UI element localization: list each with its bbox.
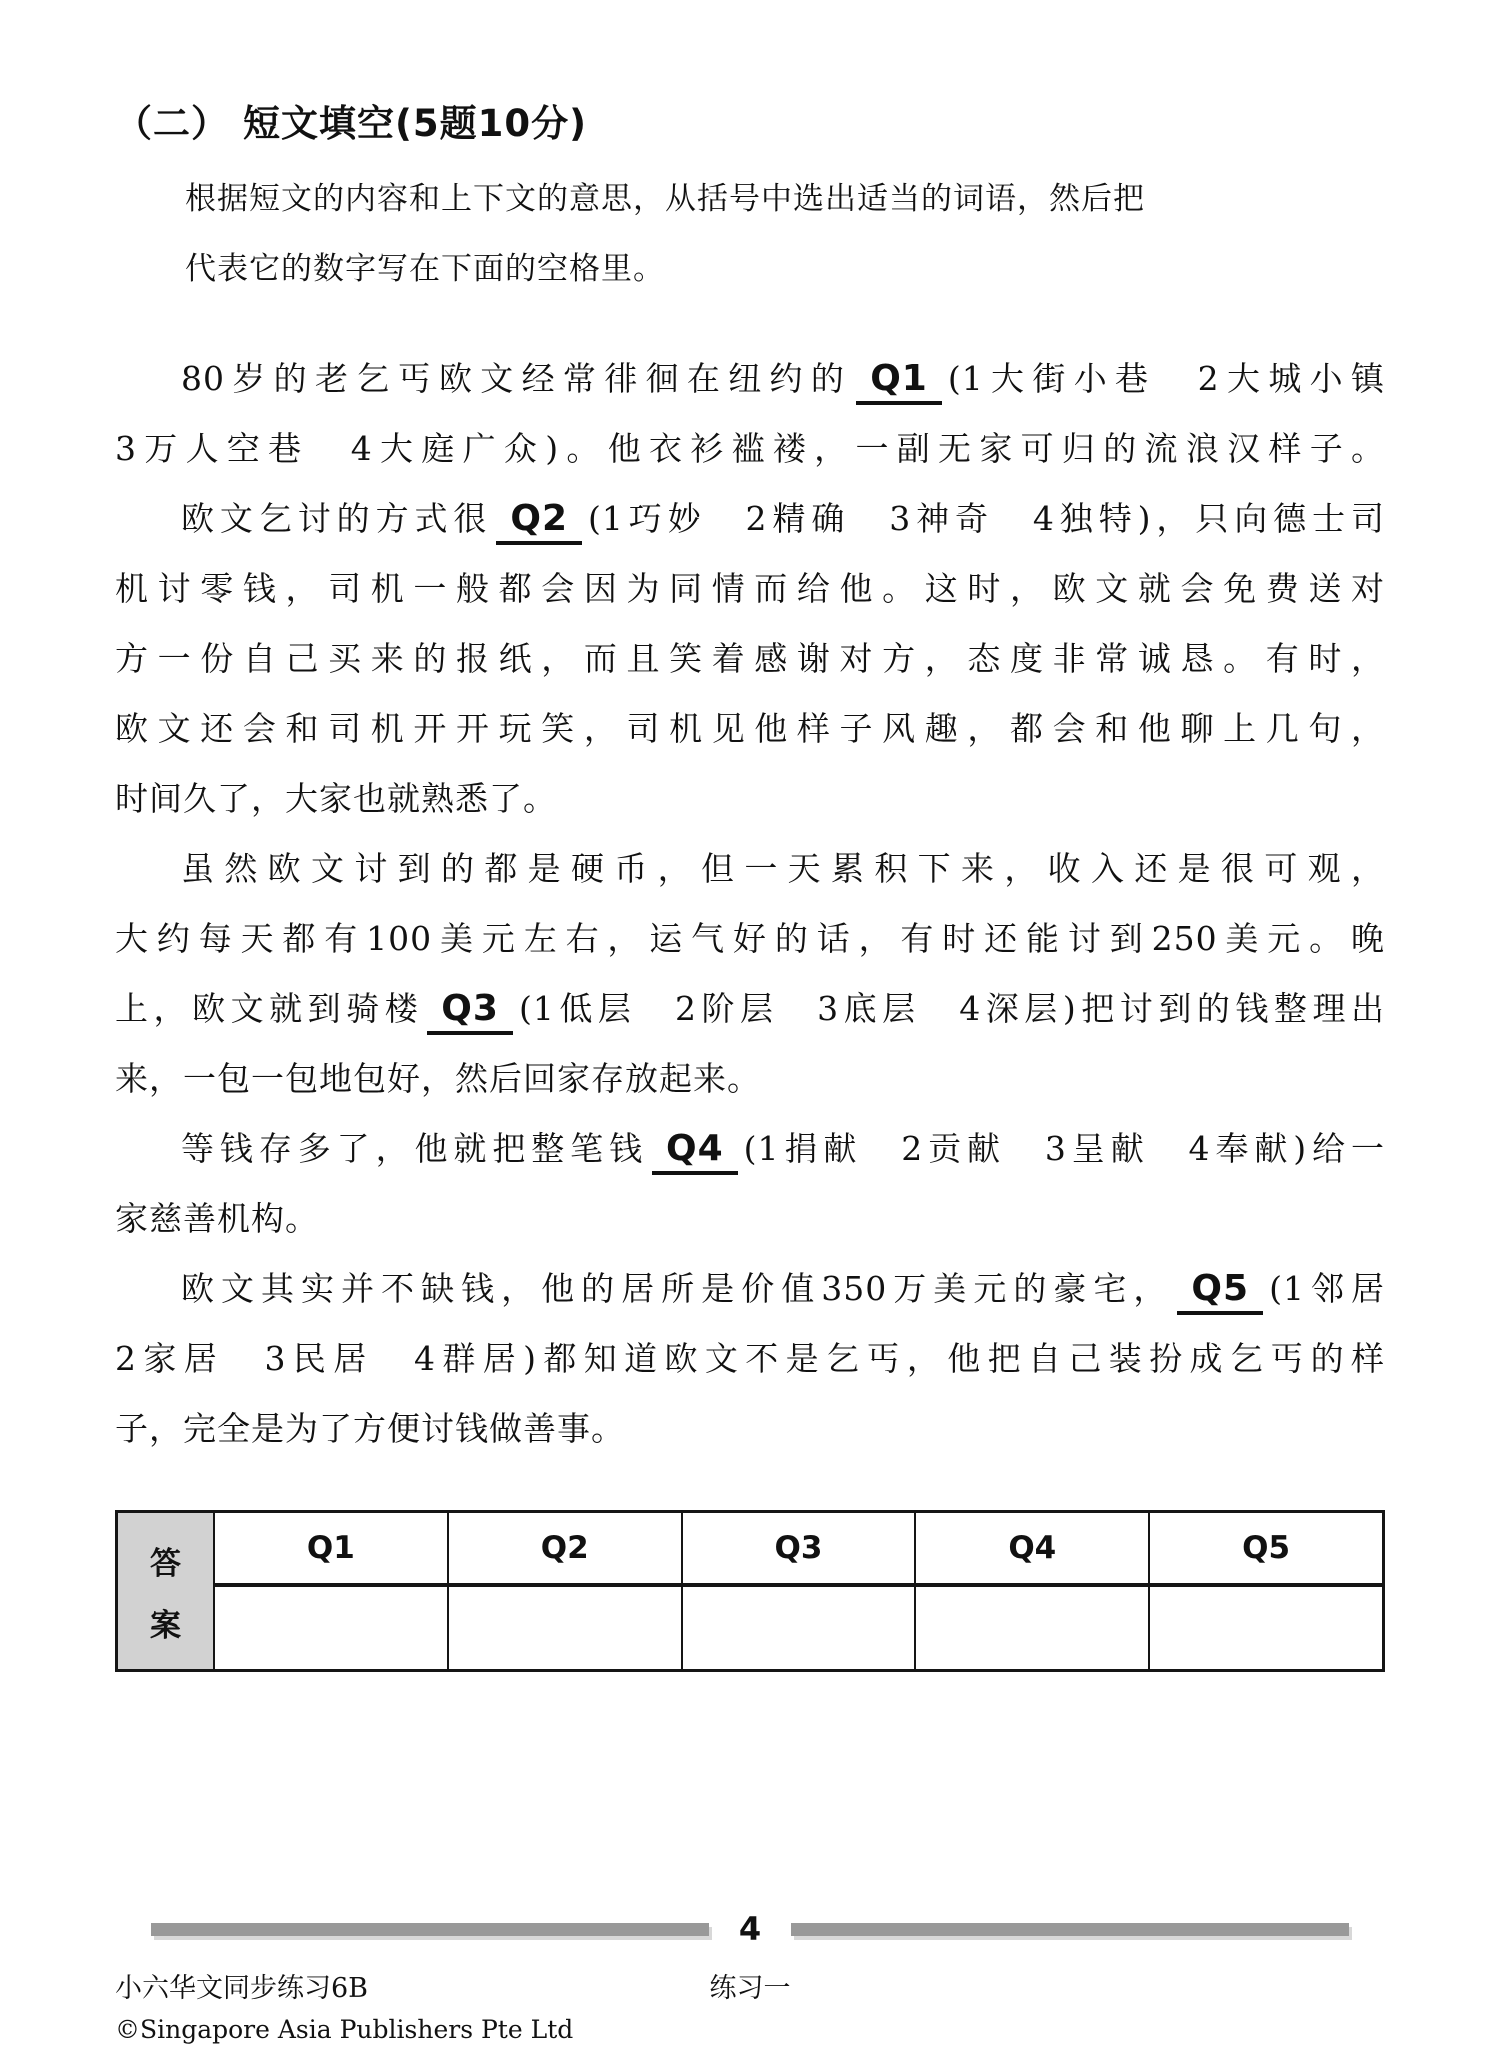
right-divider-bar [791,1923,1349,1936]
passage-line: 家慈善机构。 [115,1184,1385,1254]
page-number-row: 4 [151,1910,1349,1948]
q4-blank: Q4 [652,1129,738,1175]
answer-table-label: 答案 [118,1513,213,1669]
q2-blank: Q2 [496,499,582,545]
passage-line: 欧文其实并不缺钱，他的居所是价值350万美元的豪宅，Q5(1邻居 [115,1254,1385,1324]
answer-cell-q2[interactable] [447,1587,681,1669]
answer-column-header-q4: Q4 [914,1513,1148,1587]
passage-line: 2家居 3民居 4群居)都知道欧文不是乞丐，他把自己装扮成乞丐的样 [115,1324,1385,1394]
answer-cell-q4[interactable] [914,1587,1148,1669]
worksheet-page: （二）短文填空(5题10分) 根据短文的内容和上下文的意思，从括号中选出适当的词… [0,0,1497,2048]
q3-blank: Q3 [427,989,513,1035]
passage-text: 80岁的老乞丐欧文经常徘徊在纽约的Q1(1大街小巷 2大城小镇3万人空巷 4大庭… [115,344,1385,1464]
passage-line: 等钱存多了，他就把整笔钱Q4(1捐献 2贡献 3呈献 4奉献)给一 [115,1114,1385,1184]
answer-column-header-q1: Q1 [213,1513,447,1587]
passage-line: 3万人空巷 4大庭广众)。他衣衫褴褛，一副无家可归的流浪汉样子。 [115,414,1385,484]
passage-line: 时间久了，大家也就熟悉了。 [115,764,1385,834]
instruction-line: 根据短文的内容和上下文的意思，从括号中选出适当的词语，然后把 [185,164,1385,234]
instruction-line: 代表它的数字写在下面的空格里。 [185,234,1385,304]
answer-table: 答案 Q1Q2Q3Q4Q5 [115,1510,1385,1672]
footer-spacer [885,1966,1385,2005]
exercise-label: 练习一 [615,1966,885,2005]
page-footer: 4 小六华文同步练习6B 练习一 ©Singapore Asia Publish… [115,1910,1385,2044]
answer-column-header-q5: Q5 [1148,1513,1382,1587]
book-title: 小六华文同步练习6B [115,1966,615,2005]
section-index: （二） [115,102,229,145]
passage-line: 虽然欧文讨到的都是硬币，但一天累积下来，收入还是很可观， [115,834,1385,904]
section-heading: （二）短文填空(5题10分) [115,102,1385,146]
answer-column-header-q3: Q3 [681,1513,915,1587]
answer-cell-q5[interactable] [1148,1587,1382,1669]
copyright-line: ©Singapore Asia Publishers Pte Ltd [115,2015,1385,2044]
passage-line: 大约每天都有100美元左右，运气好的话，有时还能讨到250美元。晚 [115,904,1385,974]
passage-line: 子，完全是为了方便讨钱做善事。 [115,1394,1385,1464]
answer-cell-q1[interactable] [213,1587,447,1669]
instructions: 根据短文的内容和上下文的意思，从括号中选出适当的词语，然后把代表它的数字写在下面… [185,164,1385,304]
passage-line: 上，欧文就到骑楼Q3(1低层 2阶层 3底层 4深层)把讨到的钱整理出 [115,974,1385,1044]
answer-cell-q3[interactable] [681,1587,915,1669]
passage-line: 机讨零钱，司机一般都会因为同情而给他。这时，欧文就会免费送对 [115,554,1385,624]
section-title: 短文填空(5题10分) [243,102,587,145]
passage-line: 欧文乞讨的方式很Q2(1巧妙 2精确 3神奇 4独特)，只向德士司 [115,484,1385,554]
q1-blank: Q1 [856,359,942,405]
passage-line: 来，一包一包地包好，然后回家存放起来。 [115,1044,1385,1114]
passage-line: 方一份自己买来的报纸，而且笑着感谢对方，态度非常诚恳。有时， [115,624,1385,694]
passage-line: 80岁的老乞丐欧文经常徘徊在纽约的Q1(1大街小巷 2大城小镇 [115,344,1385,414]
page-number: 4 [709,1910,791,1948]
footer-meta: 小六华文同步练习6B 练习一 [115,1966,1385,2005]
q5-blank: Q5 [1177,1269,1263,1315]
left-divider-bar [151,1923,709,1936]
answer-label-char: 案 [150,1600,181,1645]
answer-column-header-q2: Q2 [447,1513,681,1587]
passage-line: 欧文还会和司机开开玩笑，司机见他样子风趣，都会和他聊上几句， [115,694,1385,764]
answer-label-char: 答 [150,1538,181,1583]
